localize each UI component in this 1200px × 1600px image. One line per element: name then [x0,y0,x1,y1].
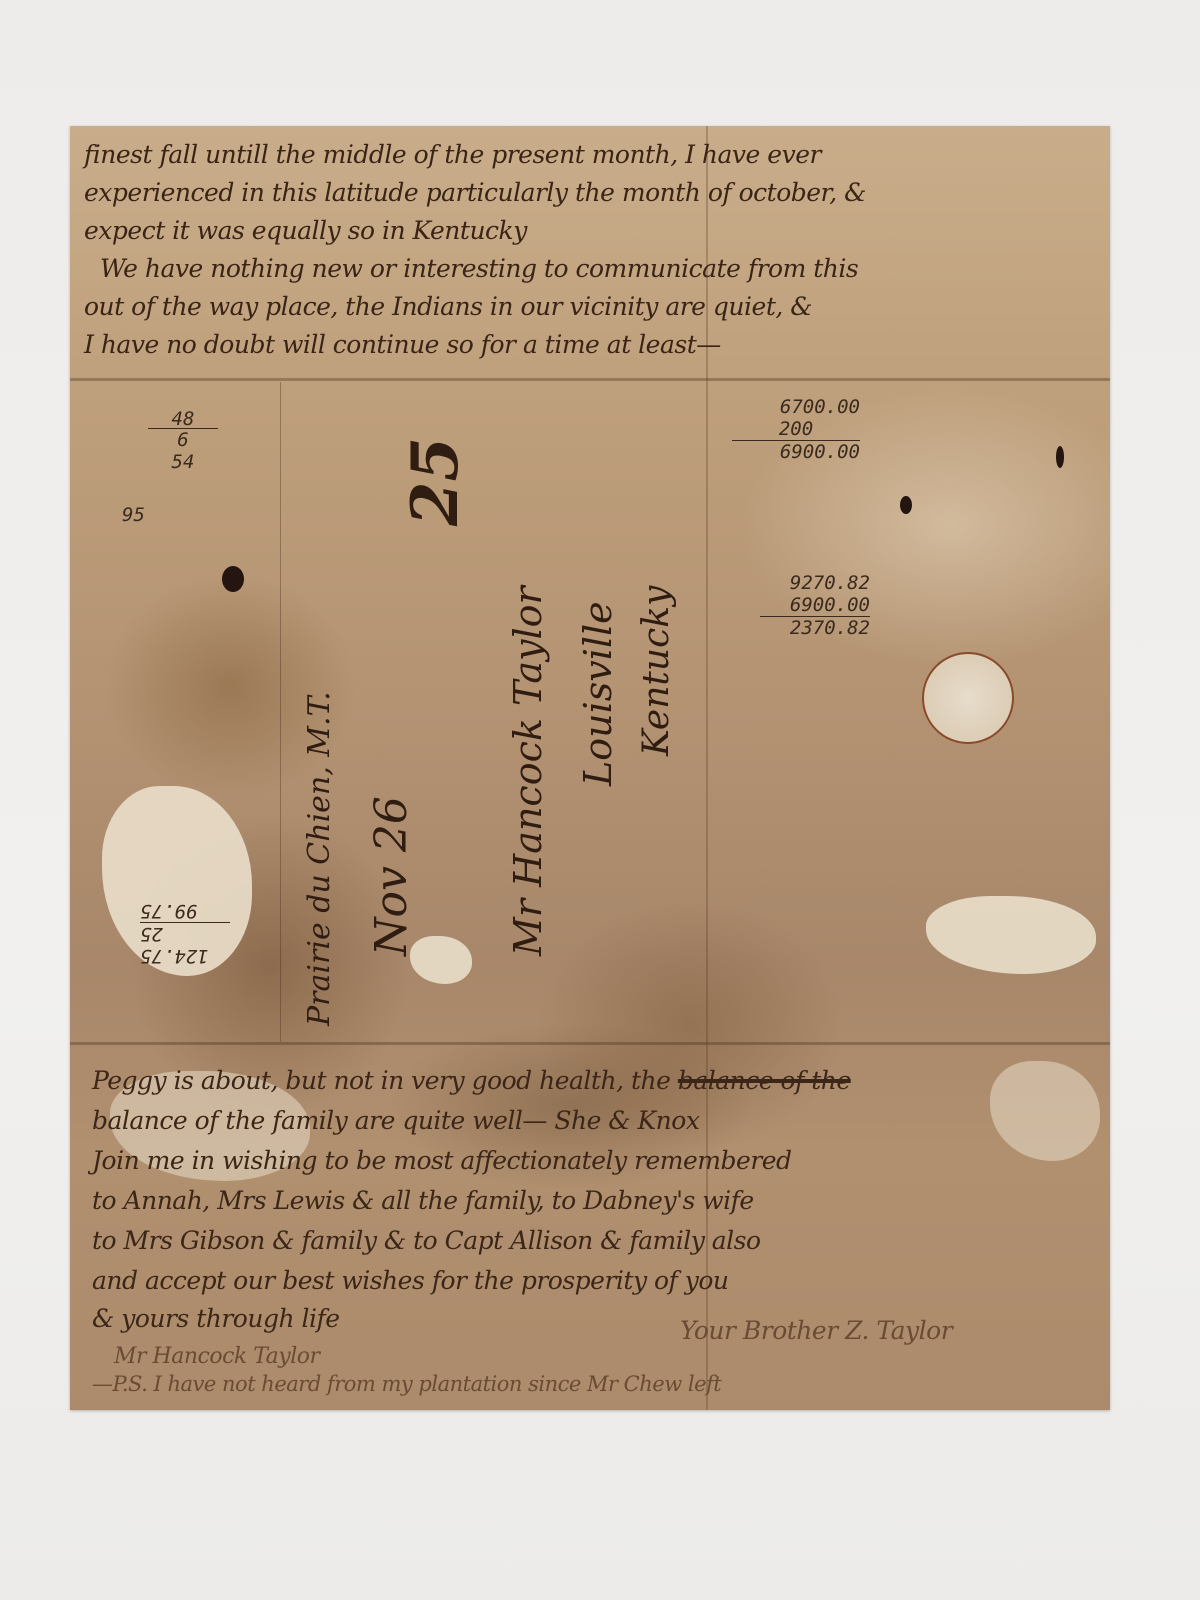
letter-sheet: finest fall untill the middle of the pre… [70,126,1110,1410]
letter-line: to Mrs Gibson & family & to Capt Allison… [92,1226,761,1255]
fold-line-top [70,378,1110,381]
letter-line: I have no doubt will continue so for a t… [84,330,721,359]
letter-line: out of the way place, the Indians in our… [84,292,812,321]
letter-line: experienced in this latitude particularl… [84,178,866,207]
letter-line: We have nothing new or interesting to co… [100,254,858,283]
postscript: —P.S. I have not heard from my plantatio… [92,1372,721,1396]
water-stain [926,896,1096,974]
water-stain [410,936,472,984]
letter-line: Peggy is about, but not in very good hea… [92,1066,851,1095]
ink-blot [222,566,244,592]
letter-line: balance of the family are quite well— Sh… [92,1106,699,1135]
panel-edge-left [280,382,281,1042]
calc-left-top: 48 6 54 [148,408,218,473]
postage-rate: 25 [398,437,473,526]
letter-line: and accept our best wishes for the prosp… [92,1266,729,1295]
calc-upside-down: 124.75 25 99.75 [140,900,230,967]
calc-right-top: 6700.00 200 6900.00 [732,396,860,463]
address-city: Louisville [576,601,620,786]
wax-seal-remnant [922,652,1014,744]
address-date: Nov 26 [366,796,417,956]
ink-blot [900,496,912,514]
calc-right-bottom: 9270.82 6900.00 2370.82 [760,572,870,639]
address-recipient: Mr Hancock Taylor [506,586,550,956]
address-state: Kentucky [636,586,677,756]
letter-line: finest fall untill the middle of the pre… [84,140,821,169]
ink-blot [1056,446,1064,468]
letter-line: Join me in wishing to be most affectiona… [92,1146,792,1175]
fold-line-bottom [70,1042,1110,1045]
water-stain [990,1061,1100,1161]
struck-text: balance of the [678,1066,851,1095]
addressee-note: Mr Hancock Taylor [114,1344,320,1369]
calc-left-note: 95 [122,504,145,526]
letter-line: expect it was equally so in Kentucky [84,216,527,245]
letter-line: & yours through life [92,1304,340,1333]
letter-line: to Annah, Mrs Lewis & all the family, to… [92,1186,754,1215]
closing-signature: Your Brother Z. Taylor [680,1316,952,1345]
address-routing: Prairie du Chien, M.T. [302,691,337,1026]
